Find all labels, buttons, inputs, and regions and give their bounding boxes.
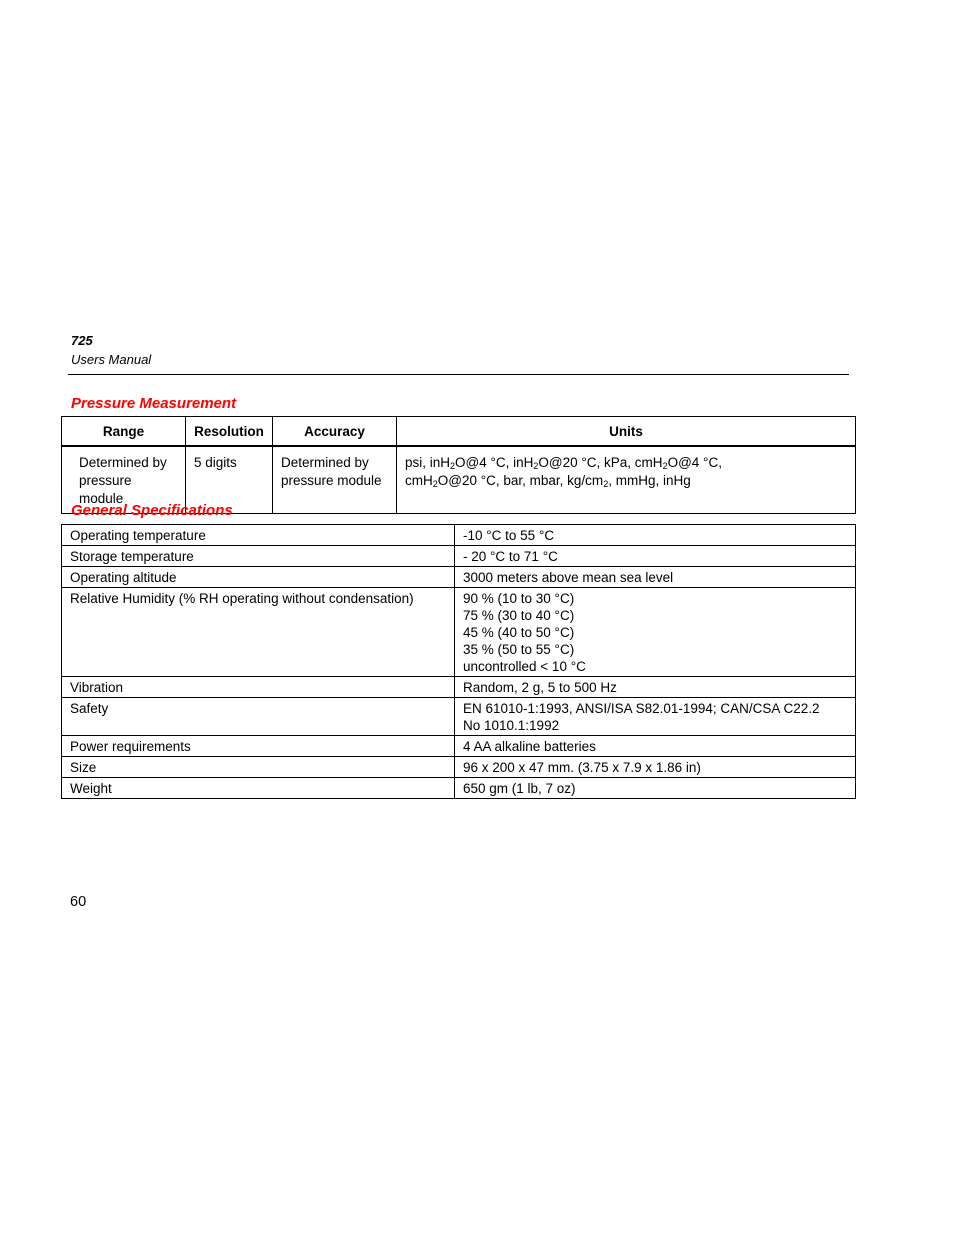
spec-value-line: 90 % (10 to 30 °C) xyxy=(463,590,847,607)
table-header-row: Range Resolution Accuracy Units xyxy=(62,417,856,447)
spec-label: Safety xyxy=(62,698,455,736)
spec-label: Operating temperature xyxy=(62,525,455,546)
spec-value: 96 x 200 x 47 mm. (3.75 x 7.9 x 1.86 in) xyxy=(455,757,856,778)
spec-label: Size xyxy=(62,757,455,778)
header-divider xyxy=(68,374,849,375)
table-row: Power requirements4 AA alkaline batterie… xyxy=(62,736,856,757)
spec-value-line: 75 % (30 to 40 °C) xyxy=(463,607,847,624)
general-specifications-heading: General Specifications xyxy=(71,502,233,519)
accuracy-cell: Determined by pressure module xyxy=(273,446,397,514)
table-row: SafetyEN 61010-1:1993, ANSI/ISA S82.01-1… xyxy=(62,698,856,736)
table-row: Operating temperature-10 °C to 55 °C xyxy=(62,525,856,546)
spec-value: 650 gm (1 lb, 7 oz) xyxy=(455,778,856,799)
pressure-measurement-table: Range Resolution Accuracy Units Determin… xyxy=(61,416,856,514)
spec-value: 4 AA alkaline batteries xyxy=(455,736,856,757)
spec-label: Weight xyxy=(62,778,455,799)
accuracy-line: pressure module xyxy=(281,472,388,490)
spec-value-line: EN 61010-1:1993, ANSI/ISA S82.01-1994; C… xyxy=(463,700,847,717)
column-header-units: Units xyxy=(397,417,856,447)
accuracy-line: Determined by xyxy=(281,454,388,472)
spec-value: -10 °C to 55 °C xyxy=(455,525,856,546)
table-row: Operating altitude3000 meters above mean… xyxy=(62,567,856,588)
spec-value: 3000 meters above mean sea level xyxy=(455,567,856,588)
table-row: VibrationRandom, 2 g, 5 to 500 Hz xyxy=(62,677,856,698)
spec-label: Relative Humidity (% RH operating withou… xyxy=(62,588,455,677)
pressure-measurement-heading: Pressure Measurement xyxy=(71,395,236,412)
table-row: Relative Humidity (% RH operating withou… xyxy=(62,588,856,677)
table-row: Size96 x 200 x 47 mm. (3.75 x 7.9 x 1.86… xyxy=(62,757,856,778)
spec-value: Random, 2 g, 5 to 500 Hz xyxy=(455,677,856,698)
units-line: psi, inH2O@4 °C, inH2O@20 °C, kPa, cmH2O… xyxy=(405,454,847,472)
column-header-resolution: Resolution xyxy=(186,417,273,447)
range-line: Determined by xyxy=(79,454,177,472)
spec-value-line: 35 % (50 to 55 °C) xyxy=(463,641,847,658)
spec-value-line: No 1010.1:1992 xyxy=(463,717,847,734)
column-header-range: Range xyxy=(62,417,186,447)
table-row: Storage temperature- 20 °C to 71 °C xyxy=(62,546,856,567)
spec-label: Power requirements xyxy=(62,736,455,757)
spec-value: 90 % (10 to 30 °C)75 % (30 to 40 °C)45 %… xyxy=(455,588,856,677)
manual-subtitle: Users Manual xyxy=(71,352,151,367)
units-line: cmH2O@20 °C, bar, mbar, kg/cm2, mmHg, in… xyxy=(405,472,847,490)
spec-label: Operating altitude xyxy=(62,567,455,588)
column-header-accuracy: Accuracy xyxy=(273,417,397,447)
spec-label: Storage temperature xyxy=(62,546,455,567)
general-specifications-table: Operating temperature-10 °C to 55 °CStor… xyxy=(61,524,856,799)
units-cell: psi, inH2O@4 °C, inH2O@20 °C, kPa, cmH2O… xyxy=(397,446,856,514)
page-number: 60 xyxy=(70,894,86,910)
table-row: Weight650 gm (1 lb, 7 oz) xyxy=(62,778,856,799)
spec-value-line: 45 % (40 to 50 °C) xyxy=(463,624,847,641)
spec-value: - 20 °C to 71 °C xyxy=(455,546,856,567)
spec-label: Vibration xyxy=(62,677,455,698)
manual-model-number: 725 xyxy=(71,333,93,348)
spec-value-line: uncontrolled < 10 °C xyxy=(463,658,847,675)
spec-value: EN 61010-1:1993, ANSI/ISA S82.01-1994; C… xyxy=(455,698,856,736)
